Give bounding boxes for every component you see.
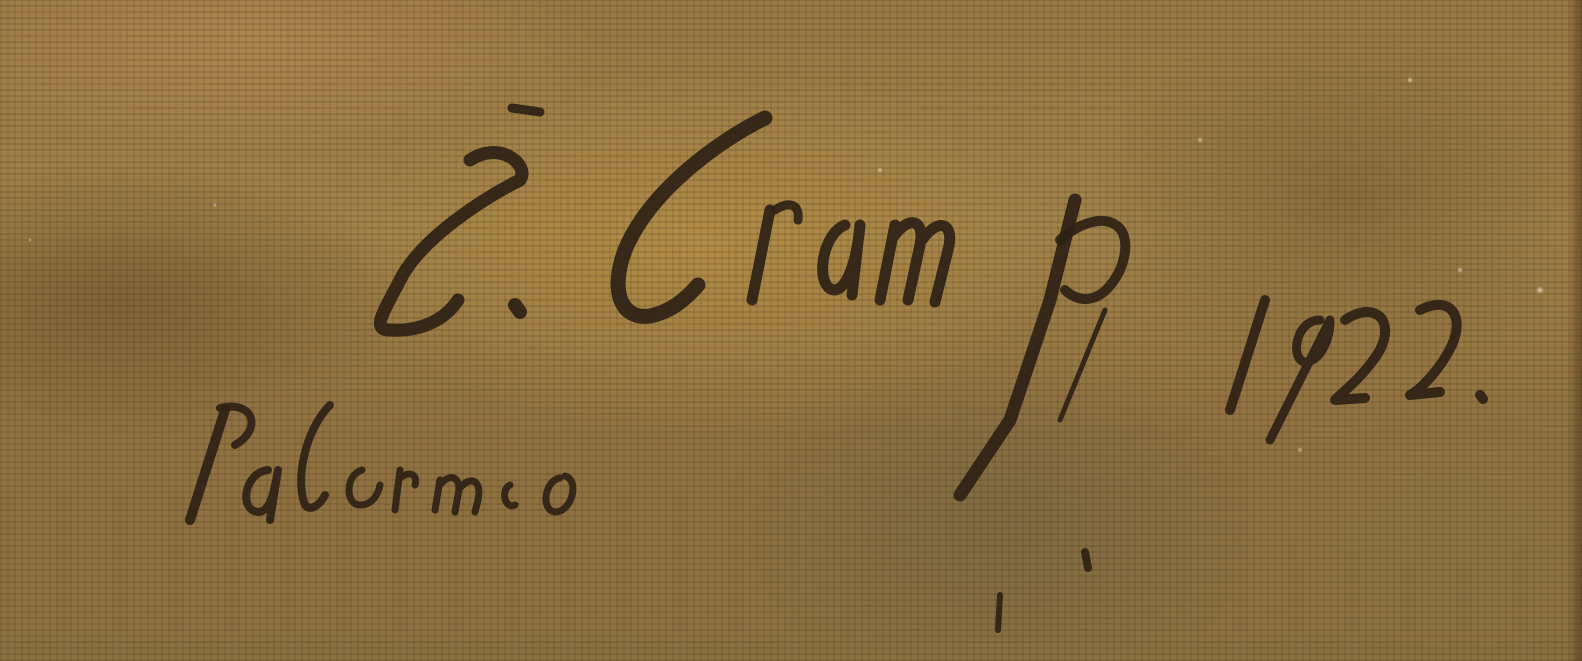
frame-edge-shadow: [1568, 0, 1582, 661]
painted-canvas: É. Cramp Palermo 1922.: [0, 0, 1582, 661]
signature-strokes: [0, 0, 1582, 661]
